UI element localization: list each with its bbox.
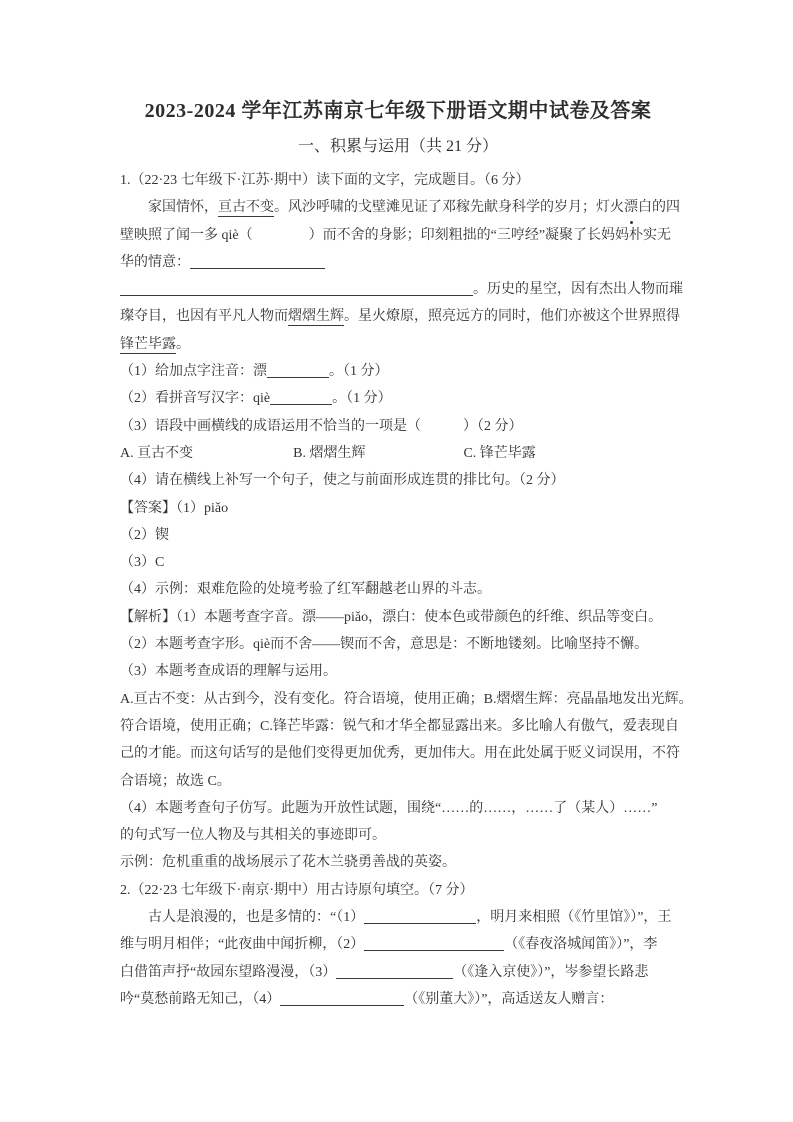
text-segment: （2）本题考查字形。qiè而不舍——锲而不舍，意思是：不断地镂刻。比喻坚持不懈。 [120, 637, 648, 652]
text-segment: 。 [176, 337, 190, 352]
text-line: 2.（22·23 七年级下·南京·期中）用古诗原句填空。（7 分） [120, 877, 676, 904]
text-segment: 白的四 [638, 200, 680, 215]
text-line: 示例：危机重重的战场展示了花木兰骁勇善战的英姿。 [120, 849, 676, 876]
text-segment: B. 熠熠生辉 [293, 446, 365, 461]
underlined-idiom: 锋芒毕露 [120, 337, 176, 354]
text-segment: 符合语境，使用正确；C.锋芒毕露：锐气和才华全都显露出来。多比喻人有傲气，爱表现… [120, 719, 679, 734]
text-segment: 2.（22·23 七年级下·南京·期中）用古诗原句填空。（7 分） [120, 883, 474, 898]
text-segment: 吟“莫愁前路无知己，（4） [120, 992, 280, 1007]
text-line: （1）给加点字注音：漂。（1 分） [120, 358, 676, 385]
text-segment: （3）本题考查成语的理解与运用。 [120, 664, 337, 679]
text-segment: （2）锲 [120, 528, 169, 543]
text-line: 璨夺目，也因有平凡人物而熠熠生辉。星火燎原，照亮远方的同时，他们亦被这个世界照得 [120, 303, 676, 330]
text-segment: 【答案】（1）piǎo [120, 501, 228, 516]
text-segment: （4）本题考查句子仿写。此题为开放性试题，围绕“……的……，……了（某人）……” [120, 801, 657, 816]
text-segment: 的句式写一位人物及与其相关的事迹即可。 [120, 828, 386, 843]
text-segment: （3）C [120, 555, 164, 570]
text-line: （2）看拼音写汉字：qiè。（1 分） [120, 385, 676, 412]
text-line: 符合语境，使用正确；C.锋芒毕露：锐气和才华全都显露出来。多比喻人有傲气，爱表现… [120, 713, 676, 740]
text-line: （3）语段中画横线的成语运用不恰当的一项是（ ）（2 分） [120, 413, 676, 440]
text-segment: 。星火燎原，照亮远方的同时，他们亦被这个世界照得 [344, 309, 680, 324]
text-segment: （《逢入京使》）”，岑参望长路悲 [453, 965, 648, 980]
text-line: 【答案】（1）piǎo [120, 495, 676, 522]
text-segment: （1）给加点字注音：漂 [120, 364, 267, 379]
page-title: 2023-2024 学年江苏南京七年级下册语文期中试卷及答案 [120, 96, 676, 126]
fill-in-blank [364, 908, 476, 924]
text-segment: （4）示例：艰难危险的处境考验了红军翻越老山界的斗志。 [120, 582, 491, 597]
fill-in-blank [190, 253, 325, 269]
text-segment: 1.（22·23 七年级下·江苏·期中）读下面的文字，完成题目。（6 分） [120, 173, 530, 188]
document-body: 1.（22·23 七年级下·江苏·期中）读下面的文字，完成题目。（6 分）家国情… [120, 167, 676, 1013]
text-segment: 示例：危机重重的战场展示了花木兰骁勇善战的英姿。 [120, 855, 456, 870]
text-segment: A.亘古不变：从古到今，没有变化。符合语境，使用正确；B.熠熠生辉：亮晶晶地发出… [120, 692, 692, 707]
text-segment: ，明月来相照（《竹里馆》）”，王 [476, 910, 671, 925]
text-line: （4）示例：艰难危险的处境考验了红军翻越老山界的斗志。 [120, 576, 676, 603]
text-line: 。历史的星空，因有杰出人物而璀 [120, 276, 676, 303]
text-line: 维与明月相伴；“此夜曲中闻折柳，（2）（《春夜洛城闻笛》）”，李 [120, 931, 676, 958]
fill-in-blank [120, 280, 473, 296]
text-segment: 华的情意： [120, 255, 190, 270]
exam-page: 2023-2024 学年江苏南京七年级下册语文期中试卷及答案 一、积累与运用（共… [0, 0, 793, 1122]
text-line: 1.（22·23 七年级下·江苏·期中）读下面的文字，完成题目。（6 分） [120, 167, 676, 194]
text-segment: 家国情怀， [148, 200, 218, 215]
text-segment: A. 亘古不变 [120, 446, 193, 461]
text-line: 吟“莫愁前路无知己，（4）（《别董大》）”，高适送友人赠言： [120, 986, 676, 1013]
text-segment: （《春夜洛城闻笛》）”，李 [504, 937, 657, 952]
text-segment: 合语境；故选 C。 [120, 774, 231, 789]
text-line: 的句式写一位人物及与其相关的事迹即可。 [120, 822, 676, 849]
text-line: （2）锲 [120, 522, 676, 549]
text-line: 壁映照了闻一多 qiè（ ）而不舍的身影；印刻粗拙的“三哼经”凝聚了长妈妈朴实无 [120, 222, 676, 249]
fill-in-blank [270, 389, 332, 405]
document-content: 2023-2024 学年江苏南京七年级下册语文期中试卷及答案 一、积累与运用（共… [120, 96, 676, 1013]
text-segment: 璨夺目，也因有平凡人物而 [120, 309, 288, 324]
fill-in-blank [336, 963, 453, 979]
section-heading: 一、积累与运用（共 21 分） [120, 136, 676, 158]
underlined-idiom: 亘古不变 [218, 200, 274, 217]
text-line: 锋芒毕露。 [120, 331, 676, 358]
text-line: 家国情怀，亘古不变。风沙呼啸的戈壁滩见证了邓稼先献身科学的岁月；灯火漂白的四 [120, 194, 676, 221]
emphasis-dot-char: 漂 [624, 194, 638, 221]
text-segment: 己的才能。而这句话写的是他们变得更加优秀，更加伟大。用在此处属于贬义词误用，不符 [120, 746, 680, 761]
text-line: 己的才能。而这句话写的是他们变得更加优秀，更加伟大。用在此处属于贬义词误用，不符 [120, 740, 676, 767]
text-line: （2）本题考查字形。qiè而不舍——锲而不舍，意思是：不断地镂刻。比喻坚持不懈。 [120, 631, 676, 658]
fill-in-blank [267, 362, 329, 378]
text-line: A. 亘古不变B. 熠熠生辉C. 锋芒毕露 [120, 440, 676, 467]
text-segment: 古人是浪漫的，也是多情的：“（1） [148, 910, 364, 925]
text-line: （4）本题考查句子仿写。此题为开放性试题，围绕“……的……，……了（某人）……” [120, 795, 676, 822]
text-line: 白借笛声抒“故园东望路漫漫，（3）（《逢入京使》）”，岑参望长路悲 [120, 959, 676, 986]
text-line: 合语境；故选 C。 [120, 768, 676, 795]
text-segment: 【解析】（1）本题考查字音。漂——piǎo，漂白：使本色或带颜色的纤维、织品等变… [120, 610, 662, 625]
text-segment: （4）请在横线上补写一个句子，使之与前面形成连贯的排比句。（2 分） [120, 473, 565, 488]
text-segment: （2）看拼音写汉字：qiè [120, 391, 270, 406]
underlined-idiom: 熠熠生辉 [288, 309, 344, 326]
text-segment: 白借笛声抒“故园东望路漫漫，（3） [120, 965, 336, 980]
text-segment: 。（1 分） [329, 364, 389, 379]
text-line: 【解析】（1）本题考查字音。漂——piǎo，漂白：使本色或带颜色的纤维、织品等变… [120, 604, 676, 631]
text-line: （3）本题考查成语的理解与运用。 [120, 658, 676, 685]
text-segment: 。（1 分） [332, 391, 392, 406]
text-segment: 。历史的星空，因有杰出人物而璀 [473, 282, 683, 297]
text-segment: 。风沙呼啸的戈壁滩见证了邓稼先献身科学的岁月；灯火 [274, 200, 624, 215]
text-line: （3）C [120, 549, 676, 576]
text-line: 华的情意： [120, 249, 676, 276]
text-segment: C. 锋芒毕露 [463, 446, 535, 461]
text-line: 古人是浪漫的，也是多情的：“（1），明月来相照（《竹里馆》）”，王 [120, 904, 676, 931]
text-line: A.亘古不变：从古到今，没有变化。符合语境，使用正确；B.熠熠生辉：亮晶晶地发出… [120, 686, 676, 713]
fill-in-blank [364, 935, 504, 951]
text-segment: 壁映照了闻一多 qiè（ ）而不舍的身影；印刻粗拙的“三哼经”凝聚了长妈妈朴实无 [120, 228, 671, 243]
text-line: （4）请在横线上补写一个句子，使之与前面形成连贯的排比句。（2 分） [120, 467, 676, 494]
text-segment: （《别董大》）”，高适送友人赠言： [404, 992, 613, 1007]
fill-in-blank [280, 990, 404, 1006]
text-segment: （3）语段中画横线的成语运用不恰当的一项是（ ）（2 分） [120, 419, 523, 434]
text-segment: 维与明月相伴；“此夜曲中闻折柳，（2） [120, 937, 364, 952]
